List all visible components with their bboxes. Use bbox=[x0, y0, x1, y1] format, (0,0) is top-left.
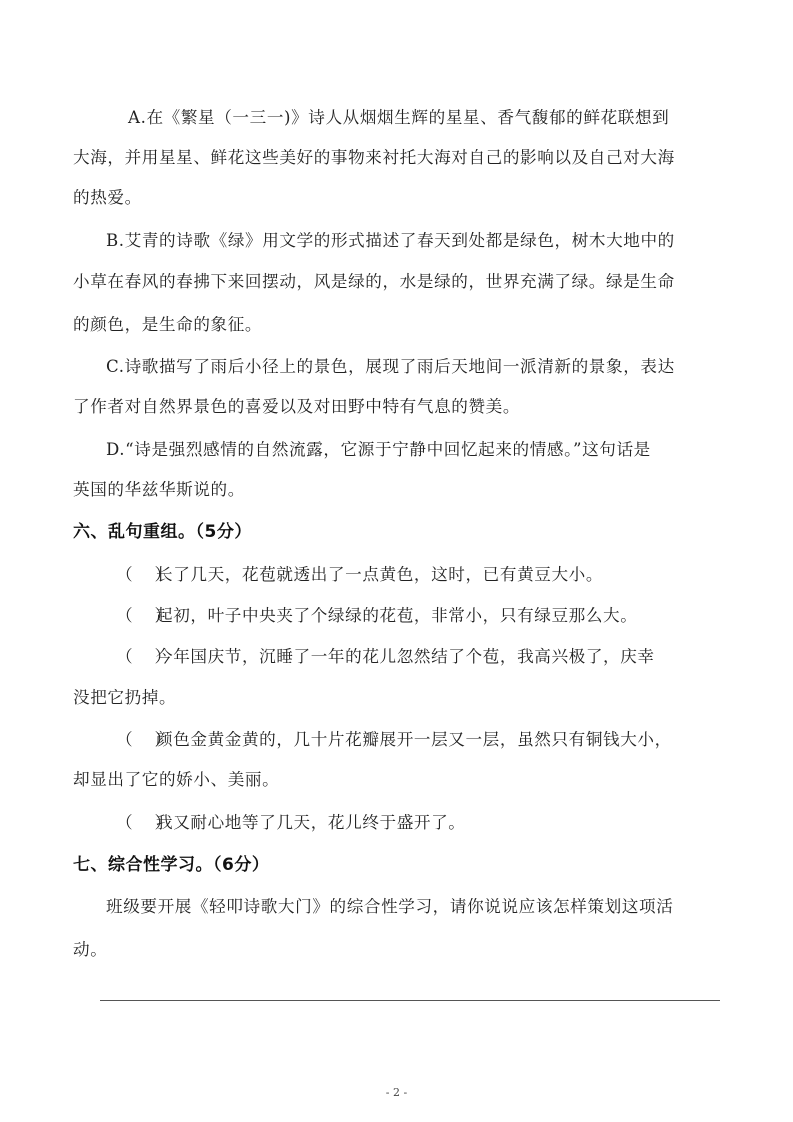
option-c-line-1: C.诗歌描写了雨后小径上的景色，展现了雨后天地间一派清新的景象，表达 bbox=[106, 356, 756, 378]
option-d-line-2: 英国的华兹华斯说的。 bbox=[73, 479, 723, 501]
page-number: - 2 - bbox=[0, 1086, 793, 1099]
option-b-line-1: B.艾青的诗歌《绿》用文学的形式描述了春天到处都是绿色，树木大地中的 bbox=[106, 230, 756, 252]
option-c-line-2: 了作者对自然界景色的喜爱以及对田野中特有气息的赞美。 bbox=[73, 396, 723, 418]
section-6-heading: 六、乱句重组。（5分） bbox=[73, 521, 252, 543]
reorder-item-text: 起初，叶子中央夹了个绿绿的花苞，非常小，只有绿豆那么大。 bbox=[156, 606, 637, 625]
option-d-line-1: D.“诗是强烈感情的自然流露，它源于宁静中回忆起来的情感。”这句话是 bbox=[106, 439, 756, 461]
reorder-item-3: （ ）今年国庆节，沉睡了一年的花儿忽然结了个苞，我高兴极了，庆幸 bbox=[116, 646, 766, 668]
reorder-item-text: 颜色金黄金黄的，几十片花瓣展开一层又一层，虽然只有铜钱大小， bbox=[156, 730, 672, 749]
option-a-line-1: A.在《繁星（一三一)》诗人从烟烟生辉的星星、香气馥郁的鲜花联想到 bbox=[128, 107, 778, 129]
option-a-line-2: 大海，并用星星、鲜花这些美好的事物来衬托大海对自己的影响以及自己对大海 bbox=[73, 147, 723, 169]
answer-blank[interactable]: （ ） bbox=[116, 729, 156, 751]
section-7-prompt-line-2: 动。 bbox=[73, 939, 723, 961]
answer-blank[interactable]: （ ） bbox=[116, 605, 156, 627]
document-page: A.在《繁星（一三一)》诗人从烟烟生辉的星星、香气馥郁的鲜花联想到 大海，并用星… bbox=[0, 0, 793, 1122]
reorder-item-4: （ ）颜色金黄金黄的，几十片花瓣展开一层又一层，虽然只有铜钱大小， bbox=[116, 729, 766, 751]
reorder-item-text: 我又耐心地等了几天，花儿终于盛开了。 bbox=[156, 813, 466, 832]
answer-blank[interactable]: （ ） bbox=[116, 812, 156, 834]
reorder-item-text: 长了几天，花苞就透出了一点黄色，这时，已有黄豆大小。 bbox=[156, 565, 603, 584]
option-a-line-3: 的热爱。 bbox=[73, 187, 723, 209]
section-7-heading: 七、综合性学习。（6分） bbox=[73, 854, 269, 876]
reorder-item-text: 今年国庆节，沉睡了一年的花儿忽然结了个苞，我高兴极了，庆幸 bbox=[156, 647, 655, 666]
reorder-item-4-continuation: 却显出了它的娇小、美丽。 bbox=[73, 769, 723, 791]
answer-blank[interactable]: （ ） bbox=[116, 646, 156, 668]
option-b-line-3: 的颜色，是生命的象征。 bbox=[73, 314, 723, 336]
reorder-item-2: （ ）起初，叶子中央夹了个绿绿的花苞，非常小，只有绿豆那么大。 bbox=[116, 605, 766, 627]
answer-blank[interactable]: （ ） bbox=[116, 564, 156, 586]
reorder-item-5: （ ）我又耐心地等了几天，花儿终于盛开了。 bbox=[116, 812, 766, 834]
section-7-prompt-line-1: 班级要开展《轻叩诗歌大门》的综合性学习，请你说说应该怎样策划这项活 bbox=[106, 896, 756, 918]
reorder-item-3-continuation: 没把它扔掉。 bbox=[73, 687, 723, 709]
reorder-item-1: （ ）长了几天，花苞就透出了一点黄色，这时，已有黄豆大小。 bbox=[116, 564, 766, 586]
option-b-line-2: 小草在春风的春拂下来回摆动，风是绿的，水是绿的，世界充满了绿。绿是生命 bbox=[73, 271, 723, 293]
answer-writing-line[interactable] bbox=[100, 1000, 720, 1001]
